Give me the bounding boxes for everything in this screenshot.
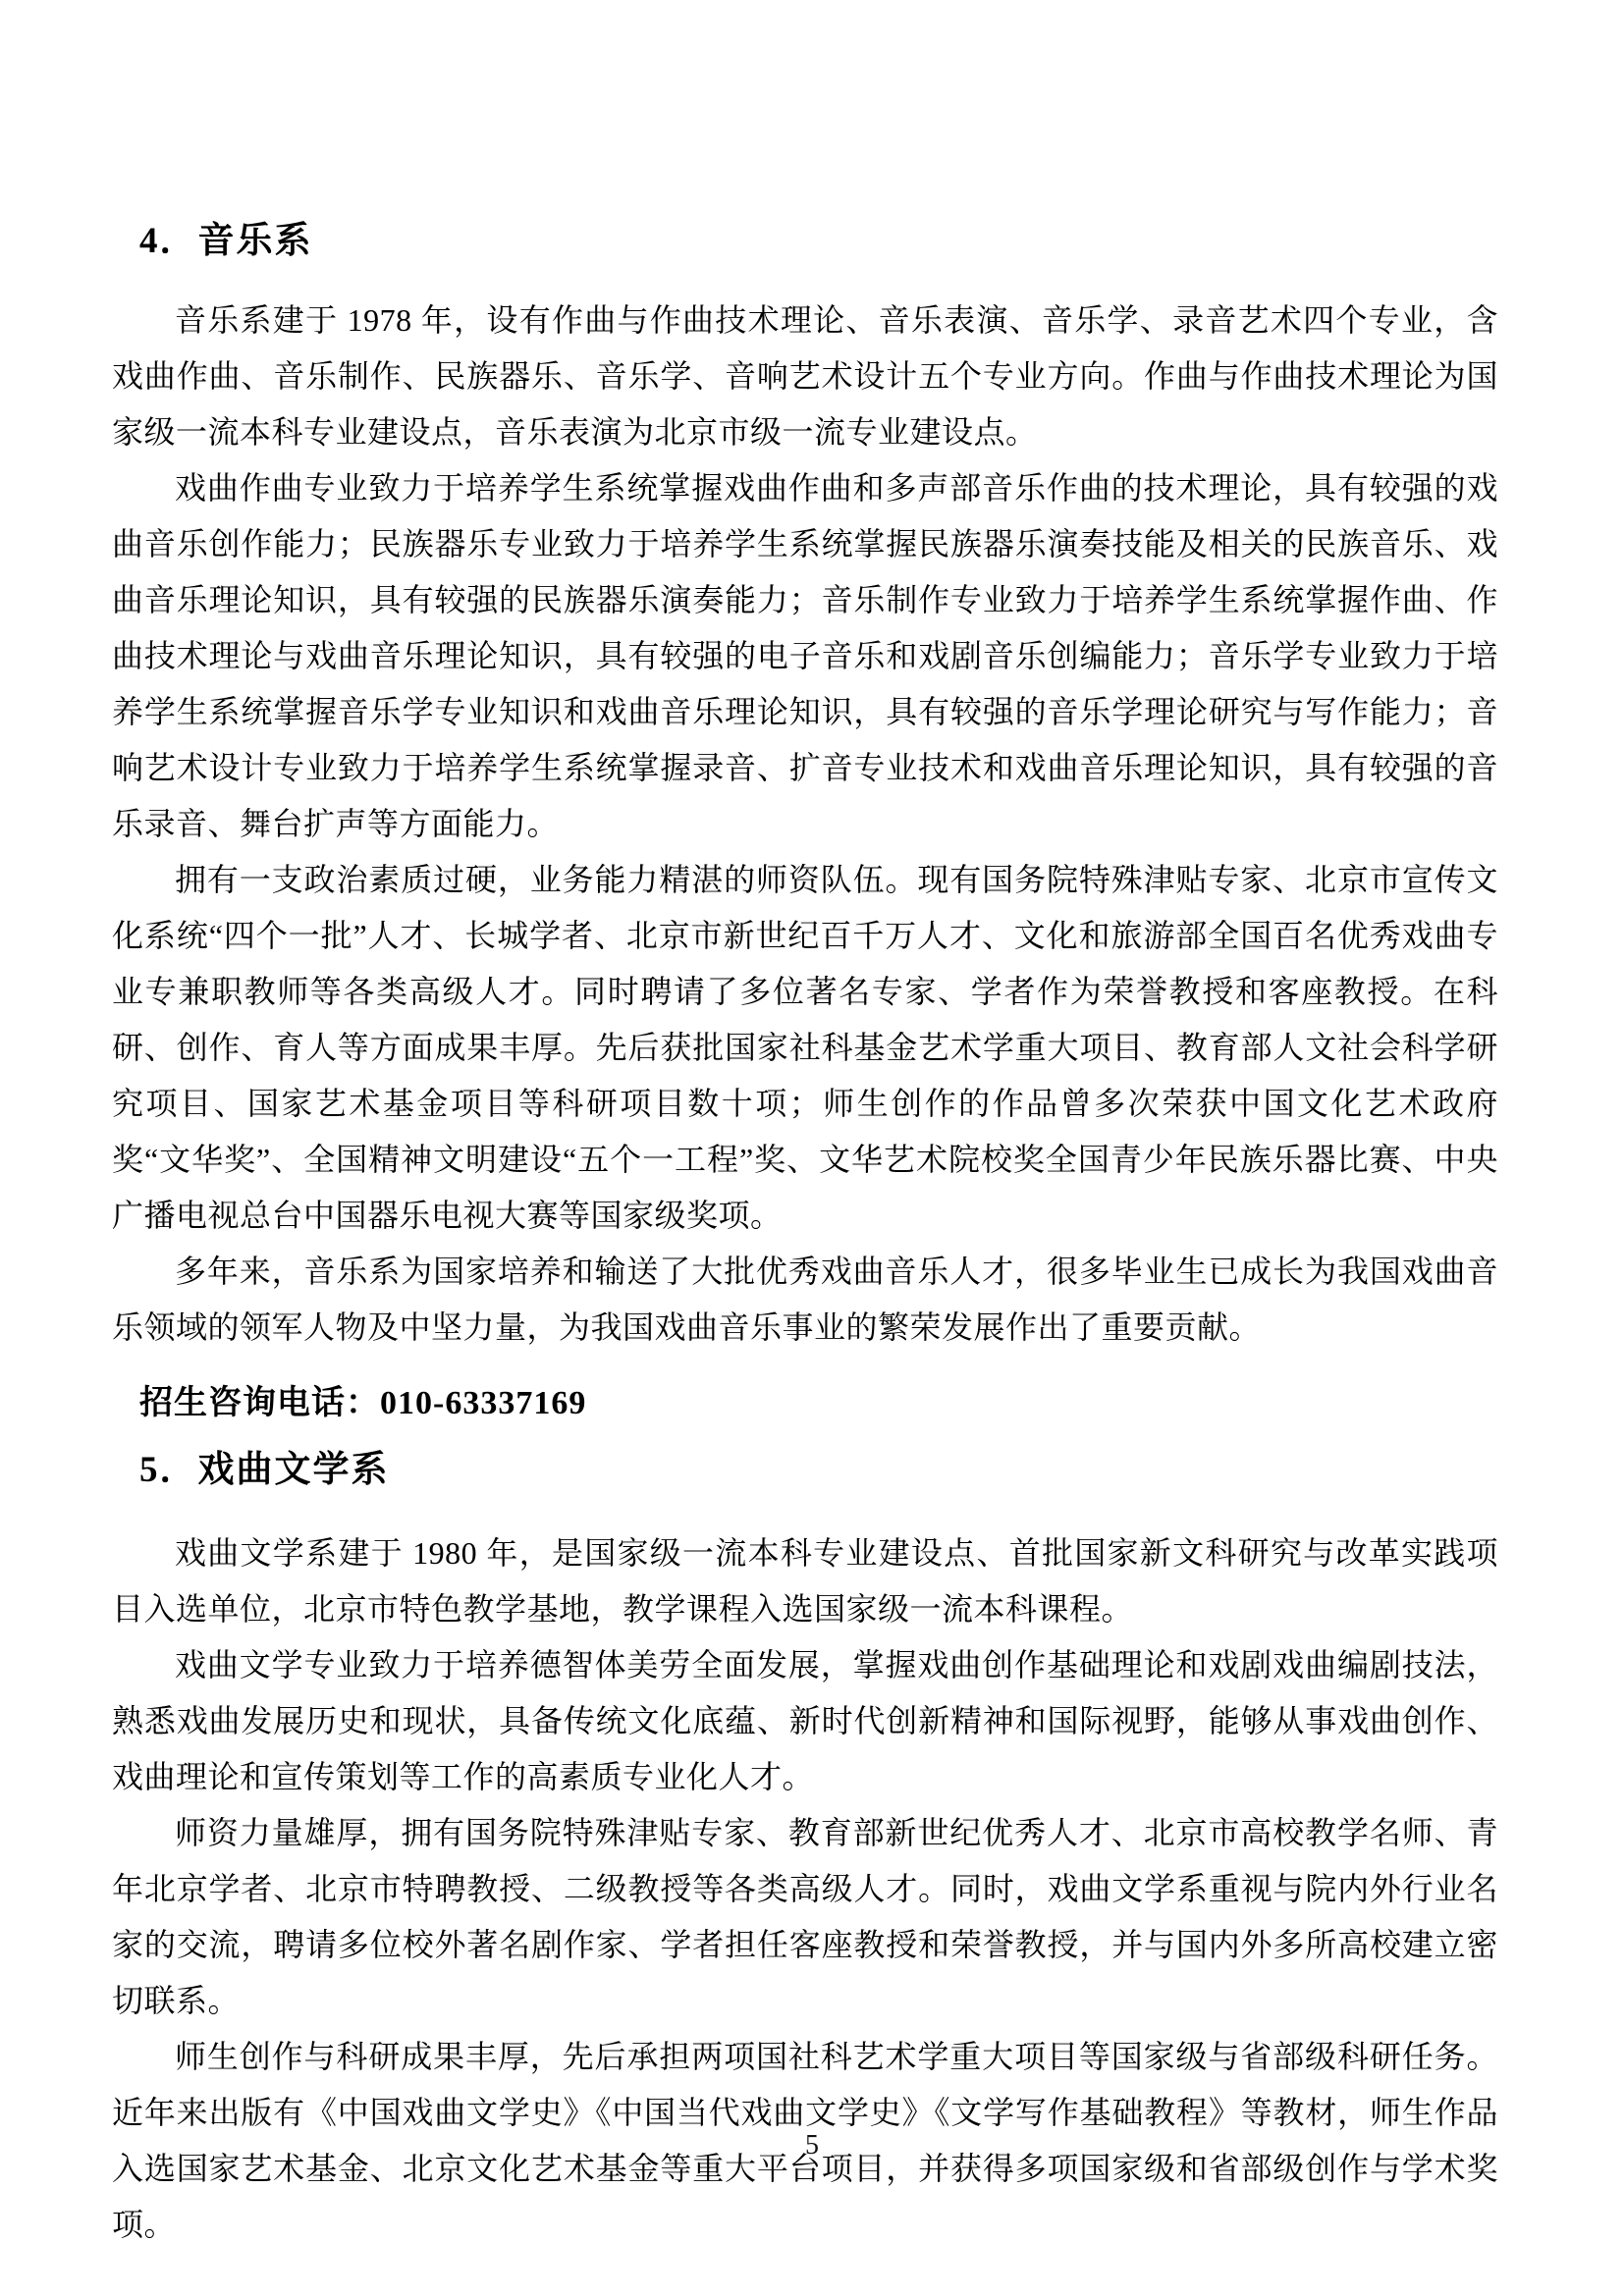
literature-training-paragraph: 戏曲文学专业致力于培养德智体美劳全面发展，掌握戏曲创作基础理论和戏剧戏曲编剧技法… [112, 1637, 1498, 1805]
section-heading-opera-literature-department: 5．戏曲文学系 [139, 1445, 1498, 1496]
document-page: 4．音乐系 音乐系建于 1978 年，设有作曲与作曲技术理论、音乐表演、音乐学、… [0, 0, 1624, 2296]
section-heading-music-department: 4．音乐系 [139, 216, 1498, 267]
music-intro-paragraph: 音乐系建于 1978 年，设有作曲与作曲技术理论、音乐表演、音乐学、录音艺术四个… [112, 293, 1498, 460]
admissions-phone-line: 招生咨询电话：010-63337169 [139, 1375, 1498, 1431]
literature-faculty-paragraph: 师资力量雄厚，拥有国务院特殊津贴专家、教育部新世纪优秀人才、北京市高校教学名师、… [112, 1805, 1498, 2029]
literature-intro-paragraph: 戏曲文学系建于 1980 年，是国家级一流本科专业建设点、首批国家新文科研究与改… [112, 1525, 1498, 1637]
page-number: 5 [0, 2130, 1624, 2162]
music-majors-paragraph: 戏曲作曲专业致力于培养学生系统掌握戏曲作曲和多声部音乐作曲的技术理论，具有较强的… [112, 460, 1498, 852]
music-faculty-paragraph: 拥有一支政治素质过硬，业务能力精湛的师资队伍。现有国务院特殊津贴专家、北京市宣传… [112, 852, 1498, 1244]
music-alumni-paragraph: 多年来，音乐系为国家培养和输送了大批优秀戏曲音乐人才，很多毕业生已成长为我国戏曲… [112, 1244, 1498, 1356]
